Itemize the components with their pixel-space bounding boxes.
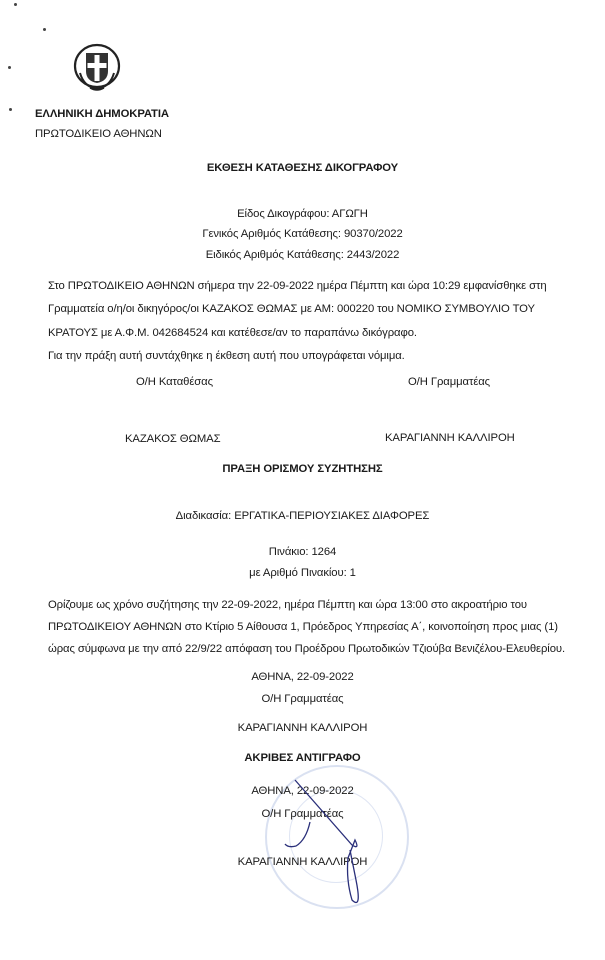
secretary-name: ΚΑΡΑΓΙΑΝΝΗ ΚΑΛΛΙΡΟΗ xyxy=(0,722,605,734)
filing-report-title: ΕΚΘΕΣΗ ΚΑΤΑΘΕΣΗΣ ΔΙΚΟΓΡΑΦΟΥ xyxy=(0,162,605,174)
docket-number: με Αριθμό Πινακίου: 1 xyxy=(0,567,605,579)
docket: Πινάκιο: 1264 xyxy=(0,546,605,558)
hearing-act-body: Ορίζουμε ως χρόνο συζήτησης την 22-09-20… xyxy=(48,594,588,660)
general-filing-number: Γενικός Αριθμός Κατάθεσης: 90370/2022 xyxy=(0,228,605,240)
filing-report-body: Στο ΠΡΩΤΟΔΙΚΕΙΟ ΑΘΗΝΩΝ σήμερα την 22-09-… xyxy=(48,275,588,369)
procedure: Διαδικασία: ΕΡΓΑΤΙΚΑ-ΠΕΡΙΟΥΣΙΑΚΕΣ ΔΙΑΦΟΡ… xyxy=(0,510,605,522)
document-type: Είδος Δικογράφου: ΑΓΩΓΗ xyxy=(0,208,605,220)
body-line: Για την πράξη αυτή συντάχθηκε η έκθεση α… xyxy=(48,345,588,368)
body-line: Στο ΠΡΩΤΟΔΙΚΕΙΟ ΑΘΗΝΩΝ σήμερα την 22-09-… xyxy=(48,275,588,298)
scan-speck xyxy=(43,28,46,31)
certified-copy-title: ΑΚΡΙΒΕΣ ΑΝΤΙΓΡΑΦΟ xyxy=(0,752,605,764)
scan-speck xyxy=(14,3,17,6)
body-line: Ορίζουμε ως χρόνο συζήτησης την 22-09-20… xyxy=(48,594,588,616)
body-line: ΚΡΑΤΟΥΣ με Α.Φ.Μ. 042684524 και κατέθεσε… xyxy=(48,322,588,345)
body-line: ώρας σύμφωνα με την από 22/9/22 απόφαση … xyxy=(48,638,588,660)
secretary-label: Ο/Η Γραμματέας xyxy=(0,808,605,820)
hearing-act-title: ΠΡΑΞΗ ΟΡΙΣΜΟΥ ΣΥΖΗΤΗΣΗΣ xyxy=(0,463,605,475)
body-line: ΠΡΩΤΟΔΙΚΕΙΟΥ ΑΘΗΝΩΝ στο Κτίριο 5 Αίθουσα… xyxy=(48,616,588,638)
secretary-label: Ο/Η Γραμματέας xyxy=(0,693,605,705)
greek-coat-of-arms-icon xyxy=(72,43,122,93)
scan-speck xyxy=(9,108,12,111)
place-date: ΑΘΗΝΑ, 22-09-2022 xyxy=(0,785,605,797)
depositor-name: ΚΑΖΑΚΟΣ ΘΩΜΑΣ xyxy=(125,433,220,445)
scan-speck xyxy=(8,66,11,69)
body-line: Γραμματεία ο/η/οι δικηγόρος/οι ΚΑΖΑΚΟΣ Θ… xyxy=(48,298,588,321)
place-date: ΑΘΗΝΑ, 22-09-2022 xyxy=(0,671,605,683)
secretary-name: ΚΑΡΑΓΙΑΝΝΗ ΚΑΛΛΙΡΟΗ xyxy=(385,432,515,444)
court-heading: ΠΡΩΤΟΔΙΚΕΙΟ ΑΘΗΝΩΝ xyxy=(35,128,162,140)
secretary-name: ΚΑΡΑΓΙΑΝΝΗ ΚΑΛΛΙΡΟΗ xyxy=(0,856,605,868)
depositor-label: Ο/Η Καταθέσας xyxy=(136,376,213,388)
republic-heading: ΕΛΛΗΝΙΚΗ ΔΗΜΟΚΡΑΤΙΑ xyxy=(35,108,169,120)
secretary-label: Ο/Η Γραμματέας xyxy=(408,376,490,388)
special-filing-number: Ειδικός Αριθμός Κατάθεσης: 2443/2022 xyxy=(0,249,605,261)
